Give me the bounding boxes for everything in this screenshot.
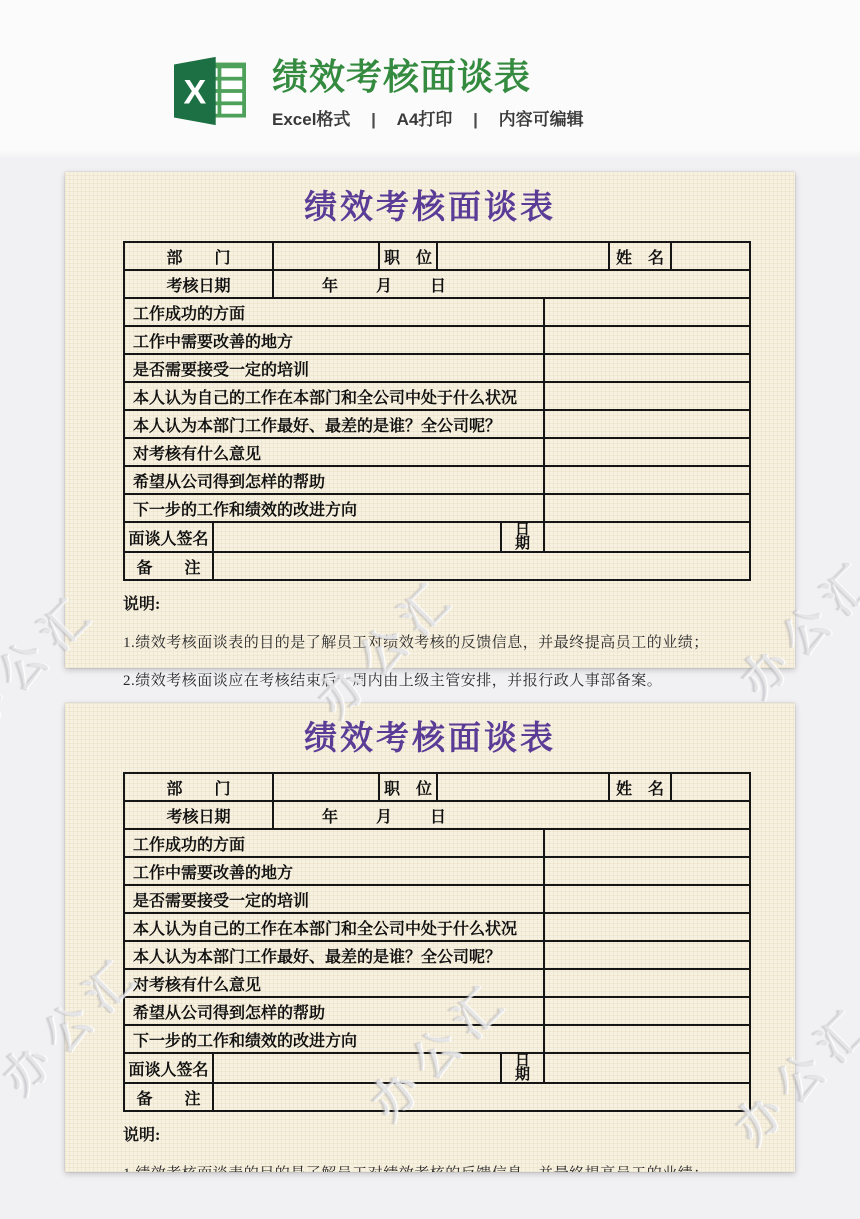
- answer-cell: [544, 466, 750, 494]
- answer-cell: [544, 382, 750, 410]
- dept-value-cell: [273, 773, 379, 801]
- table-row: 考核日期 年 月 日: [124, 270, 750, 298]
- table-row: 备 注: [124, 552, 750, 580]
- signer-label: 面谈人签名: [124, 522, 213, 552]
- form-notes: 说明: 1.绩效考核面谈表的目的是了解员工对绩效考核的反馈信息，并最终提高员工的…: [123, 1122, 763, 1172]
- signer-value-cell: [213, 1053, 501, 1083]
- sign-date-label-cell: 日期: [501, 522, 544, 552]
- subtitle-item-print: A4打印: [397, 110, 453, 129]
- answer-cell: [544, 857, 750, 885]
- table-row: 希望从公司得到怎样的帮助: [124, 466, 750, 494]
- answer-cell: [544, 913, 750, 941]
- note-line: 1.绩效考核面谈表的目的是了解员工对绩效考核的反馈信息，并最终提高员工的业绩；: [123, 1162, 763, 1172]
- template-preview-page: X 绩效考核面谈表 Excel格式 | A4打印 | 内容可编辑 绩效考核面谈表…: [0, 0, 860, 1219]
- table-row: 工作中需要改善的地方: [124, 326, 750, 354]
- answer-cell: [544, 829, 750, 857]
- table-row: 希望从公司得到怎样的帮助: [124, 997, 750, 1025]
- table-row: 本人认为本部门工作最好、最差的是谁？全公司呢？: [124, 410, 750, 438]
- answer-cell: [544, 997, 750, 1025]
- form-notes: 说明: 1.绩效考核面谈表的目的是了解员工对绩效考核的反馈信息，并最终提高员工的…: [123, 591, 763, 690]
- subtitle-item-format: Excel格式: [272, 110, 350, 129]
- table-row: 备 注: [124, 1083, 750, 1111]
- notes-title: 说明:: [123, 591, 763, 614]
- subtitle-separator: |: [371, 110, 376, 129]
- subtitle-separator: |: [473, 110, 478, 129]
- answer-cell: [544, 941, 750, 969]
- table-row: 下一步的工作和绩效的改进方向: [124, 494, 750, 522]
- name-value-cell: [671, 773, 750, 801]
- answer-cell: [544, 410, 750, 438]
- table-row: 部 门 职 位 姓 名: [124, 773, 750, 801]
- excel-icon: X: [168, 55, 252, 127]
- table-row: 对考核有什么意见: [124, 969, 750, 997]
- dept-label: 部 门: [124, 773, 273, 801]
- sign-date-value-cell: [544, 1053, 750, 1083]
- table-row: 对考核有什么意见: [124, 438, 750, 466]
- dept-value-cell: [273, 242, 379, 270]
- question-cell: 工作成功的方面: [124, 298, 544, 326]
- remark-value-cell: [213, 552, 750, 580]
- question-cell: 下一步的工作和绩效的改进方向: [124, 1025, 544, 1053]
- name-value-cell: [671, 242, 750, 270]
- question-cell: 对考核有什么意见: [124, 438, 544, 466]
- table-row: 本人认为本部门工作最好、最差的是谁？全公司呢？: [124, 941, 750, 969]
- table-row: 部 门 职 位 姓 名: [124, 242, 750, 270]
- answer-cell: [544, 438, 750, 466]
- form-table: 部 门 职 位 姓 名 考核日期 年 月 日 工作成功的方面 工作中需要改善的地…: [123, 241, 751, 581]
- answer-cell: [544, 298, 750, 326]
- form-title: 绩效考核面谈表: [65, 712, 795, 759]
- table-row: 工作成功的方面: [124, 829, 750, 857]
- excel-icon-letter: X: [183, 73, 206, 111]
- answer-cell: [544, 326, 750, 354]
- question-cell: 希望从公司得到怎样的帮助: [124, 466, 544, 494]
- sign-date-value-cell: [544, 522, 750, 552]
- name-label: 姓 名: [609, 773, 671, 801]
- dept-label: 部 门: [124, 242, 273, 270]
- table-row: 面谈人签名 日期: [124, 522, 750, 552]
- question-cell: 下一步的工作和绩效的改进方向: [124, 494, 544, 522]
- table-row: 本人认为自己的工作在本部门和全公司中处于什么状况: [124, 382, 750, 410]
- sign-date-label-cell: 日期: [501, 1053, 544, 1083]
- position-value-cell: [437, 773, 609, 801]
- question-cell: 工作中需要改善的地方: [124, 857, 544, 885]
- question-cell: 本人认为自己的工作在本部门和全公司中处于什么状况: [124, 913, 544, 941]
- position-label: 职 位: [379, 773, 437, 801]
- table-row: 本人认为自己的工作在本部门和全公司中处于什么状况: [124, 913, 750, 941]
- page-subtitle: Excel格式 | A4打印 | 内容可编辑: [272, 105, 584, 130]
- question-cell: 希望从公司得到怎样的帮助: [124, 997, 544, 1025]
- answer-cell: [544, 969, 750, 997]
- note-line: 1.绩效考核面谈表的目的是了解员工对绩效考核的反馈信息，并最终提高员工的业绩；: [123, 631, 763, 652]
- signer-value-cell: [213, 522, 501, 552]
- remark-value-cell: [213, 1083, 750, 1111]
- table-row: 下一步的工作和绩效的改进方向: [124, 1025, 750, 1053]
- form-preview-card-2: 绩效考核面谈表 部 门 职 位 姓 名 考核日期 年 月 日 工作成功的方面 工…: [65, 703, 795, 1172]
- table-row: 是否需要接受一定的培训: [124, 885, 750, 913]
- table-row: 面谈人签名 日期: [124, 1053, 750, 1083]
- answer-cell: [544, 885, 750, 913]
- question-cell: 本人认为本部门工作最好、最差的是谁？全公司呢？: [124, 410, 544, 438]
- note-line: 2.绩效考核面谈应在考核结束后一周内由上级主管安排，并报行政人事部备案。: [123, 669, 763, 690]
- date-label: 考核日期: [124, 270, 273, 298]
- answer-cell: [544, 354, 750, 382]
- position-label: 职 位: [379, 242, 437, 270]
- remark-label: 备 注: [124, 552, 213, 580]
- date-value-cell: 年 月 日: [273, 270, 750, 298]
- form-preview-card-1: 绩效考核面谈表 部 门 职 位 姓 名 考核日期 年 月 日 工作成功的方面 工…: [65, 172, 795, 668]
- page-header: X 绩效考核面谈表 Excel格式 | A4打印 | 内容可编辑: [168, 55, 584, 130]
- answer-cell: [544, 494, 750, 522]
- table-row: 是否需要接受一定的培训: [124, 354, 750, 382]
- question-cell: 本人认为本部门工作最好、最差的是谁？全公司呢？: [124, 941, 544, 969]
- question-cell: 工作成功的方面: [124, 829, 544, 857]
- position-value-cell: [437, 242, 609, 270]
- question-cell: 对考核有什么意见: [124, 969, 544, 997]
- date-value-cell: 年 月 日: [273, 801, 750, 829]
- question-cell: 工作中需要改善的地方: [124, 326, 544, 354]
- notes-title: 说明:: [123, 1122, 763, 1145]
- page-title: 绩效考核面谈表: [272, 55, 584, 98]
- question-cell: 是否需要接受一定的培训: [124, 885, 544, 913]
- form-title: 绩效考核面谈表: [65, 181, 795, 228]
- signer-label: 面谈人签名: [124, 1053, 213, 1083]
- form-table: 部 门 职 位 姓 名 考核日期 年 月 日 工作成功的方面 工作中需要改善的地…: [123, 772, 751, 1112]
- subtitle-item-editable: 内容可编辑: [499, 110, 584, 129]
- date-label: 考核日期: [124, 801, 273, 829]
- table-row: 工作成功的方面: [124, 298, 750, 326]
- table-row: 考核日期 年 月 日: [124, 801, 750, 829]
- name-label: 姓 名: [609, 242, 671, 270]
- answer-cell: [544, 1025, 750, 1053]
- table-row: 工作中需要改善的地方: [124, 857, 750, 885]
- remark-label: 备 注: [124, 1083, 213, 1111]
- question-cell: 本人认为自己的工作在本部门和全公司中处于什么状况: [124, 382, 544, 410]
- question-cell: 是否需要接受一定的培训: [124, 354, 544, 382]
